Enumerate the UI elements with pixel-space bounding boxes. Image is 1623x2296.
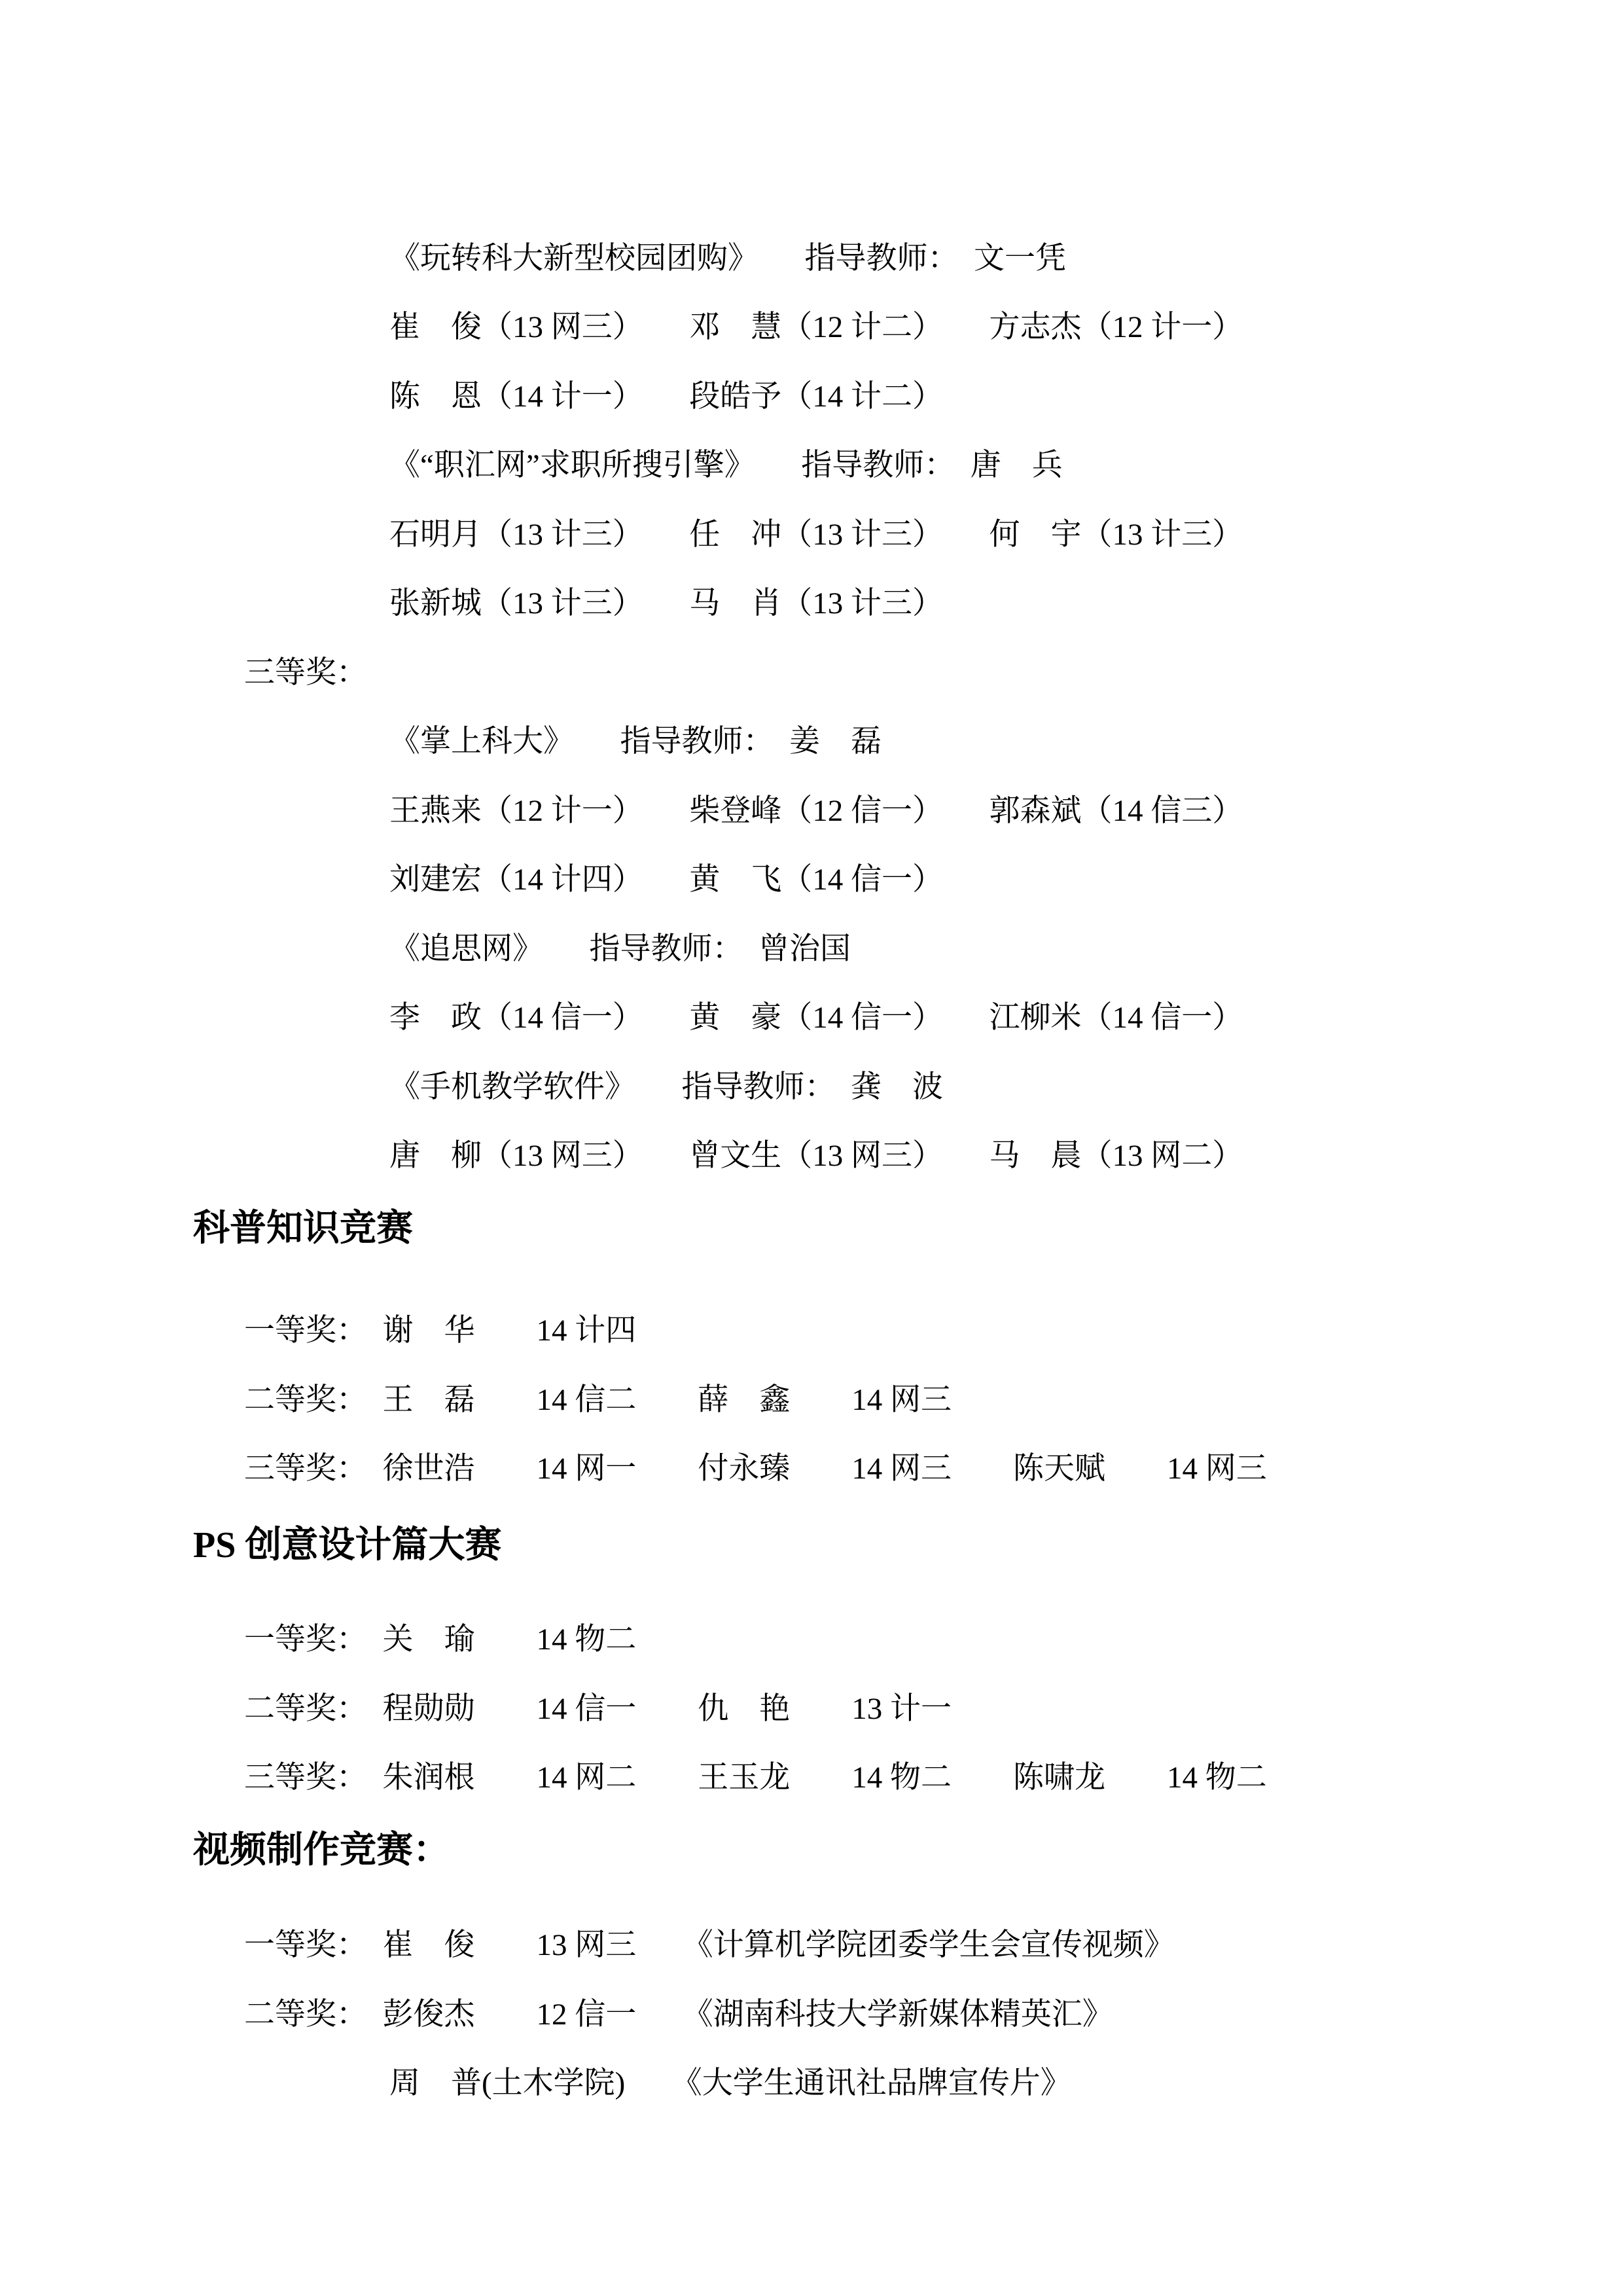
member-line: 王燕来（12 计一） 柴登峰（12 信一） 郭森斌（14 信三） — [389, 789, 1243, 833]
award-line-first-prize: 一等奖： 崔 俊 13 网三 《计算机学院团委学生会宣传视频》 — [244, 1924, 1175, 1967]
award-line-first-prize: 一等奖： 关 瑜 14 物二 — [244, 1618, 636, 1661]
member-line: 张新城（13 计三） 马 肖（13 计三） — [389, 582, 943, 625]
heading-ps-creative-design-contest: PS 创意设计篇大赛 — [193, 1522, 501, 1568]
award-label-third-prize: 三等奖： — [244, 651, 367, 694]
award-line-third-prize: 三等奖： 徐世浩 14 网一 付永臻 14 网三 陈天赋 14 网三 — [244, 1447, 1267, 1490]
project-line: 《掌上科大》 指导教师： 姜 磊 — [389, 720, 882, 763]
member-line: 陈 恩（14 计一） 段皓予（14 计二） — [389, 375, 943, 418]
member-line: 崔 俊（13 网三） 邓 慧（12 计二） 方志杰（12 计一） — [389, 306, 1243, 349]
member-line: 李 政（14 信一） 黄 豪（14 信一） 江柳米（14 信一） — [389, 996, 1243, 1039]
award-line-second-prize: 二等奖： 程勋勋 14 信一 仇 艳 13 计一 — [244, 1687, 952, 1731]
award-line-second-prize: 二等奖： 王 磊 14 信二 薛 鑫 14 网三 — [244, 1378, 952, 1422]
member-line: 刘建宏（14 计四） 黄 飞（14 信一） — [389, 858, 943, 901]
project-line: 《“职汇网”求职所搜引擎》 指导教师： 唐 兵 — [389, 444, 1063, 487]
member-line: 石明月（13 计三） 任 冲（13 计三） 何 宇（13 计三） — [389, 513, 1243, 556]
award-line-first-prize: 一等奖： 谢 华 14 计四 — [244, 1309, 636, 1352]
member-line: 唐 柳（13 网三） 曾文生（13 网三） 马 晨（13 网二） — [389, 1134, 1243, 1177]
document-page: 《玩转科大新型校园团购》 指导教师： 文一凭 崔 俊（13 网三） 邓 慧（12… — [0, 0, 1623, 2296]
award-line-second-prize: 二等奖： 彭俊杰 12 信一 《湖南科技大学新媒体精英汇》 — [244, 1993, 1113, 2036]
award-line-third-prize: 三等奖： 朱润根 14 网二 王玉龙 14 物二 陈啸龙 14 物二 — [244, 1756, 1267, 1799]
project-line: 《追思网》 指导教师： 曾治国 — [389, 927, 851, 971]
project-line: 《玩转科大新型校园团购》 指导教师： 文一凭 — [389, 237, 1066, 280]
heading-science-knowledge-contest: 科普知识竞赛 — [193, 1206, 413, 1251]
heading-video-production-contest: 视频制作竞赛： — [193, 1827, 450, 1873]
project-line: 《手机教学软件》 指导教师： 龚 波 — [389, 1066, 943, 1109]
member-line: 周 普(土木学院) 《大学生通讯社品牌宣传片》 — [389, 2062, 1071, 2105]
